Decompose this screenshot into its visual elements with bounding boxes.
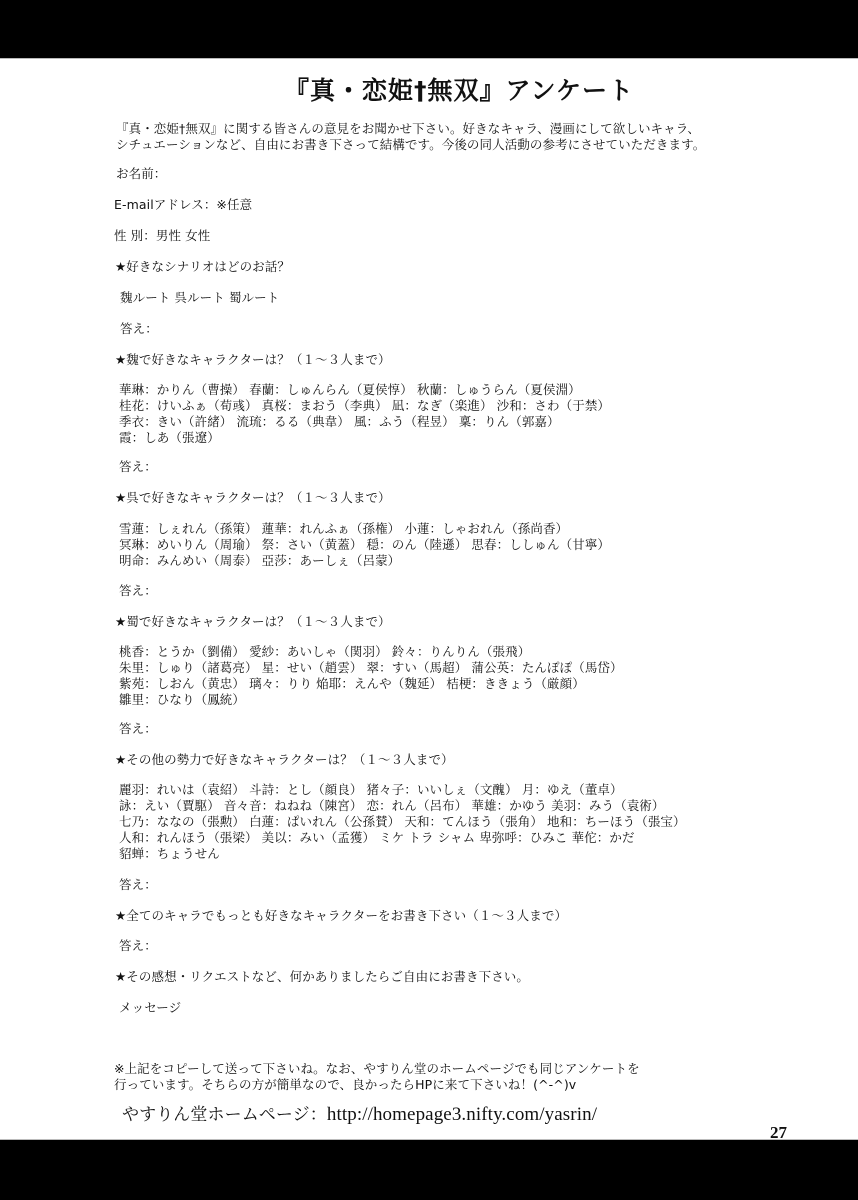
character-line: 冥琳：めいりん（周瑜） 祭：さい（黄蓋） 穏：のん（陸遜） 思春：ししゅん（甘寧… (119, 537, 610, 552)
scenario-answer-label: 答え： (120, 321, 158, 337)
scenario-question: ★好きなシナリオはどのお話？ (115, 259, 290, 275)
wei-answer-label: 答え： (119, 459, 157, 475)
favorite-question: ★全てのキャラでもっとも好きなキャラクターをお書き下さい（１～３人まで） (115, 908, 567, 924)
footer-note-line-1: ※上記をコピーして送って下さいね。なお、やすりん堂のホームページでも同じアンケー… (114, 1061, 640, 1077)
scenario-options: 魏ルート 呉ルート 蜀ルート (120, 290, 279, 306)
wei-question: ★魏で好きなキャラクターは？（１～３人まで） (115, 352, 391, 368)
email-field-label: E-mailアドレス：※任意 (114, 197, 252, 213)
wu-answer-label: 答え： (119, 583, 157, 599)
name-field-label: お名前： (116, 166, 166, 182)
shu-question: ★蜀で好きなキャラクターは？（１～３人まで） (115, 614, 391, 630)
character-line: 貂蝉：ちょうせん (119, 846, 220, 861)
message-label: メッセージ (119, 1000, 181, 1016)
character-line: 季衣：きい（許緒） 流琉：るる（典韋） 風：ふう（程昱） 稟：りん（郭嘉） (119, 414, 560, 429)
other-question: ★その他の勢力で好きなキャラクターは？（１～３人まで） (115, 752, 454, 768)
character-line: 華琳：かりん（曹操） 春蘭：しゅんらん（夏侯惇） 秋蘭：しゅうらん（夏侯淵） (119, 382, 581, 397)
character-line: 桂花：けいふぁ（荀彧） 真桜：まおう（李典） 凪：なぎ（楽進） 沙和：さわ（于禁… (119, 398, 610, 413)
page-number: 27 (770, 1123, 787, 1143)
character-line: 雛里：ひなり（鳳統） (119, 692, 245, 707)
intro-line-1: 『真・恋姫†無双』に関する皆さんの意見をお聞かせ下さい。好きなキャラ、漫画にして… (116, 121, 700, 137)
character-line: 朱里：しゅり（諸葛亮） 星：せい（趙雲） 翠：すい（馬超） 蒲公英：たんぽぽ（馬… (119, 660, 623, 675)
other-answer-label: 答え： (119, 877, 157, 893)
shu-answer-label: 答え： (119, 721, 157, 737)
character-line: 七乃：ななの（張勲） 白蓮：ぱいれん（公孫賛） 天和：てんほう（張角） 地和：ち… (119, 814, 686, 829)
character-line: 霞：しあ（張遼） (119, 430, 220, 445)
character-line: 詠：えい（賈駆） 音々音：ねねね（陳宮） 恋：れん（呂布） 華雄：かゆう 美羽：… (119, 798, 665, 813)
gender-field-label: 性 別：男性 女性 (114, 228, 210, 244)
character-line: 桃香：とうか（劉備） 愛紗：あいしゃ（関羽） 鈴々：りんりん（張飛） (119, 644, 530, 659)
intro-line-2: シチュエーションなど、自由にお書き下さって結構です。今後の同人活動の参考にさせて… (116, 137, 705, 153)
homepage-url[interactable]: http://homepage3.nifty.com/yasrin/ (327, 1104, 597, 1125)
document-page: 『真・恋姫†無双』アンケート 『真・恋姫†無双』に関する皆さんの意見をお聞かせ下… (0, 58, 858, 1140)
footer-note-line-2: 行っています。そちらの方が簡単なので、良かったらHPに来て下さいね！(^-^)v (114, 1077, 576, 1093)
page-title: 『真・恋姫†無双』アンケート (0, 71, 858, 107)
homepage-line: やすりん堂ホームページ：http://homepage3.nifty.com/y… (122, 1104, 597, 1127)
character-line: 雪蓮：しぇれん（孫策） 蓮華：れんふぁ（孫権） 小蓮：しゃおれん（孫尚香） (119, 521, 568, 536)
wu-question: ★呉で好きなキャラクターは？（１～３人まで） (115, 490, 391, 506)
homepage-label: やすりん堂ホームページ： (122, 1105, 327, 1125)
character-line: 人和：れんほう（張梁） 美以：みい（孟獲） ミケ トラ シャム 卑弥呼：ひみこ … (119, 830, 635, 845)
favorite-answer-label: 答え： (119, 938, 157, 954)
character-line: 明命：みんめい（周泰） 亞莎：あーしぇ（呂蒙） (119, 553, 400, 568)
character-line: 紫苑：しおん（黄忠） 璃々：りり 焔耶：えんや（魏延） 桔梗：ききょう（厳顔） (119, 676, 585, 691)
comments-question: ★その感想・リクエストなど、何かありましたらご自由にお書き下さい。 (115, 969, 529, 985)
character-line: 麗羽：れいは（袁紹） 斗詩：とし（顔良） 猪々子：いいしぇ（文醜） 月：ゆえ（董… (119, 782, 623, 797)
